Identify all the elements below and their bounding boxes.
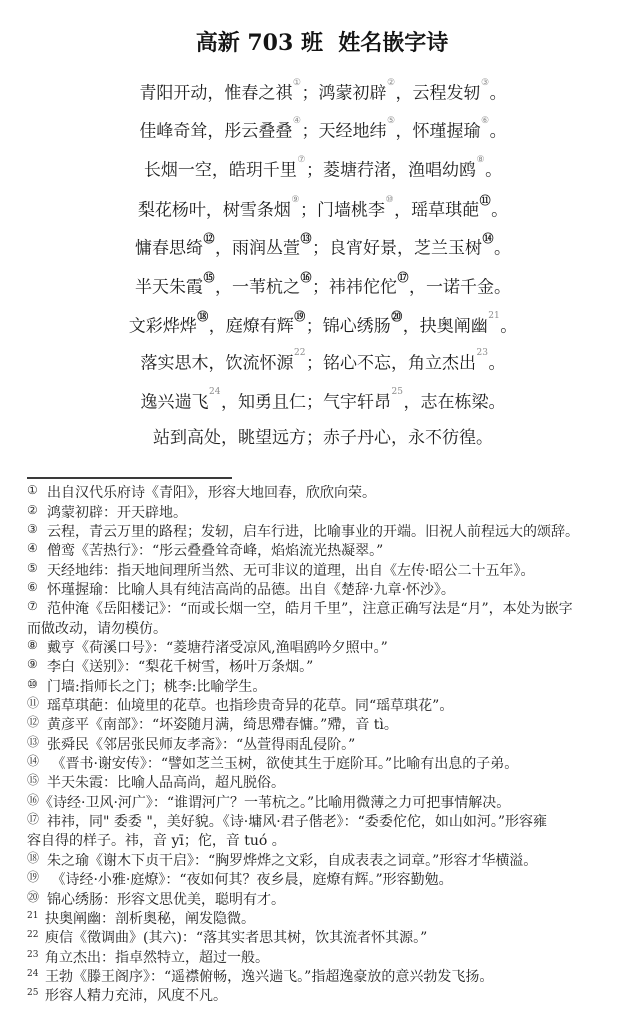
footnote-separator [27, 477, 232, 479]
footnote: 23角立杰出：指卓然特立，超过一般。 [27, 949, 627, 968]
footnote-text: 天经地纬：指天地间理所当然、无可非议的道理，出自《左传·昭公二十五年》。 [47, 563, 534, 579]
footnote-ref: ⑰ [398, 271, 409, 284]
footnote-text: 范仲淹《岳阳楼记》：“而或长烟一空，皓月千里”，注意正确写法是“月”，本处为嵌字 [47, 601, 573, 617]
footnote-marker: ⑨ [27, 655, 47, 674]
footnote-text: 锦心绣肠：形容文思优美，聪明有才。 [47, 892, 285, 908]
poem-text: 佳峰奇耸，彤云叠叠 [139, 122, 292, 142]
footnote: 21抉奥阐幽：剖析奥秘，阐发隐微。 [27, 910, 627, 929]
poem-text: ，瑶草琪葩 [394, 200, 479, 220]
footnote-ref: ⑤ [387, 116, 395, 126]
footnote-ref: ⑮ [204, 271, 215, 284]
poem-text: ，云程发轫 [396, 83, 481, 103]
footnote-text: 僧鸾《苦热行》：“彤云叠叠耸奇峰，焰焰流光热凝翠。” [47, 543, 383, 559]
poem-line: 站到高处，眺望远方；赤子丹心，永不彷徨。 [0, 419, 640, 458]
footnote: ①出自汉代乐府诗《青阳》，形容大地回春，欣欣向荣。 [27, 484, 627, 503]
footnote-text: 抉奥阐幽：剖析奥秘，阐发隐微。 [45, 911, 255, 927]
footnote-marker: ① [27, 481, 47, 500]
poem-text: ；菱塘荇渚，渔唱幼鸥 [306, 161, 476, 181]
footnote-marker: ⑰ [27, 810, 47, 829]
footnote-ref: ⑥ [481, 116, 489, 126]
footnote-text: 李白《送别》：“梨花千树雪，杨叶万条烟。” [47, 659, 313, 675]
footnote-marker: ⑱ [27, 849, 47, 868]
footnote-text: 黄彦平《南部》：“坏姿随月满，绮思殢春慵。”殢，音 tì。 [47, 717, 398, 733]
poem-text: ，雨润丛萱 [215, 239, 300, 259]
footnote-ref: ⑨ [291, 195, 299, 205]
footnote-marker: ⑭ [27, 752, 47, 771]
poem-text: 半天朱霞 [135, 278, 203, 298]
footnotes: ①出自汉代乐府诗《青阳》，形容大地回春，欣欣向荣。 ②鸿蒙初辟：开天辟地。 ③云… [27, 484, 627, 1006]
footnote-marker: ⑥ [27, 578, 47, 597]
footnote-text: 王勃《滕王阁序》：“遥襟俯畅，逸兴遄飞。”指超逸豪放的意兴勃发飞扬。 [45, 969, 493, 985]
footnote-ref: ① [293, 78, 301, 88]
footnote-ref: ③ [481, 78, 489, 88]
poem-text: 梨花杨叶，树雪条烟 [138, 200, 291, 220]
footnote-marker: ⑦ [27, 597, 47, 616]
footnote-marker: ⑪ [27, 694, 47, 713]
footnote: ⑤天经地纬：指天地间理所当然、无可非议的道理，出自《左传·昭公二十五年》。 [27, 562, 627, 581]
footnote: ⑥怀瑾握瑜：比喻人具有纯洁高尚的品德。出自《楚辞·九章·怀沙》。 [27, 581, 627, 600]
footnote-continuation: 而做改动，请勿模仿。 [27, 620, 627, 639]
footnote-text: 戴亨《荷溪口号》：“菱塘荇渚受凉风,渔唱鸥吟夕照中。” [47, 640, 388, 656]
poem-line: 半天朱霞⑮，一苇杭之⑯；祎祎佗佗⑰，一诺千金。 [0, 264, 640, 303]
poem-text: ；天经地纬 [301, 122, 386, 142]
poem-text: ，一苇杭之 [215, 278, 300, 298]
poem-line: 落实思木，饮流怀源22；铭心不忘，角立杰出23。 [0, 341, 640, 380]
footnote-marker: ⑳ [27, 888, 47, 907]
footnote: ③云程，青云万里的路程；发轫，启车行进，比喻事业的开端。旧祝人前程远大的颂辞。 [27, 523, 627, 542]
footnote: ⑨李白《送别》：“梨花千树雪，杨叶万条烟。” [27, 658, 627, 677]
poem-text: 文彩烨烨 [129, 316, 197, 336]
footnote-ref: 25 [392, 387, 403, 397]
poem-text: ；锦心绣肠 [306, 316, 391, 336]
footnote: ⑳锦心绣肠：形容文思优美，聪明有才。 [27, 891, 627, 910]
poem-text: 。 [488, 354, 505, 374]
footnote-ref: ⑯ [301, 271, 312, 284]
footnote: ⑬张舜民《邻居张民师友孝斋》：“丛萱得雨乱侵阶。” [27, 736, 627, 755]
footnote-text: 云程，青云万里的路程；发轫，启车行进，比喻事业的开端。旧祝人前程远大的颂辞。 [47, 524, 579, 540]
poem-text: 。 [485, 161, 502, 181]
footnote-marker: ⑲ [27, 868, 47, 887]
footnote-text: 容自得的样子。祎，音 yī；佗，音 tuó 。 [27, 833, 286, 849]
footnote-text: 庾信《徵调曲》(其六)：“落其实者思其树，饮其流者怀其源。” [45, 930, 427, 946]
footnote-ref: ⑦ [297, 155, 305, 165]
footnote: ⑦范仲淹《岳阳楼记》：“而或长烟一空，皓月千里”，注意正确写法是“月”，本处为嵌… [27, 600, 627, 619]
footnote-marker: 23 [27, 946, 45, 965]
poem-text: ；鸿蒙初辟 [301, 83, 386, 103]
poem-text: ，志在栋梁。 [403, 393, 505, 413]
footnote-marker: ⑤ [27, 559, 47, 578]
footnote: ⑧戴亨《荷溪口号》：“菱塘荇渚受凉风,渔唱鸥吟夕照中。” [27, 639, 627, 658]
footnote: ②鸿蒙初辟：开天辟地。 [27, 504, 627, 523]
footnote-marker: ④ [27, 539, 47, 558]
poem-line: 梨花杨叶，树雪条烟⑨；门墙桃李⑩，瑶草琪葩⑪。 [0, 187, 640, 226]
footnote-marker: ⑧ [27, 636, 47, 655]
footnote-marker: ③ [27, 520, 47, 539]
footnote: ⑮半天朱霞：比喻人品高尚，超凡脱俗。 [27, 774, 627, 793]
footnote-marker: ⑩ [27, 675, 47, 694]
footnote: ⑯《诗经·卫风·河广》：“谁谓河广？一苇杭之。”比喻用微薄之力可把事情解决。 [27, 794, 627, 813]
footnote: ⑩门墙:指师长之门；桃李:比喻学生。 [27, 678, 627, 697]
footnote-marker: ⑬ [27, 733, 47, 752]
footnote-marker: 24 [27, 965, 45, 984]
poem-line: 长烟一空，皓玥千里⑦；菱塘荇渚，渔唱幼鸥⑧。 [0, 148, 640, 187]
poem-text: 。 [500, 316, 517, 336]
poem-text: ，抉奥阐幽 [403, 316, 488, 336]
footnote-ref: ⑩ [386, 195, 394, 205]
footnote-text: 半天朱霞：比喻人品高尚，超凡脱俗。 [47, 775, 285, 791]
poem-text: ；门墙桃李 [300, 200, 385, 220]
footnote-marker: 22 [27, 926, 45, 945]
footnote-marker: 25 [27, 984, 45, 1003]
footnote: ⑲ 《诗经·小雅·庭燎》：“夜如何其？夜乡晨，庭燎有辉。”形容勤勉。 [27, 871, 627, 890]
footnote-ref: ② [387, 78, 395, 88]
footnote-marker: ⑫ [27, 713, 47, 732]
poem-text: 长烟一空，皓玥千里 [144, 161, 297, 181]
page-title: 高新 703 班 姓名嵌字诗 [0, 28, 640, 58]
footnote-ref: ⑲ [294, 310, 305, 323]
footnote-text: 《晋书·谢安传》：“譬如芝兰玉树，欲使其生于庭阶耳。”比喻有出息的子弟。 [47, 756, 518, 772]
document-page: 高新 703 班 姓名嵌字诗 青阳开动，惟春之祺①；鸿蒙初辟②，云程发轫③。 佳… [0, 0, 640, 1015]
footnote-ref: ⑧ [477, 155, 485, 165]
footnote-text: 出自汉代乐府诗《青阳》，形容大地回春，欣欣向荣。 [47, 485, 376, 501]
poem-text: ；良宵好景，芝兰玉树 [312, 239, 482, 259]
footnote-text: 瑶草琪葩：仙境里的花草。也指珍贵奇异的花草。同“瑶草琪花”。 [47, 698, 453, 714]
footnote-marker: ⑯ [27, 791, 39, 810]
footnote-text: 朱之瑜《谢木下贞干启》：“胸罗烨烨之文彩，自成表表之词章。”形容才华横溢。 [47, 853, 537, 869]
poem-text: ，一诺千金。 [409, 278, 511, 298]
poem-line: 青阳开动，惟春之祺①；鸿蒙初辟②，云程发轫③。 [0, 71, 640, 110]
poem-text: 落实思木，饮流怀源 [141, 354, 294, 374]
footnote-ref: ⑫ [204, 232, 215, 245]
footnote-ref: ⑪ [480, 194, 491, 207]
poem-line: 文彩烨烨⑱，庭燎有辉⑲；锦心绣肠⑳，抉奥阐幽21。 [0, 303, 640, 342]
footnote: 24王勃《滕王阁序》：“遥襟俯畅，逸兴遄飞。”指超逸豪放的意兴勃发飞扬。 [27, 968, 627, 987]
footnote-marker: ② [27, 501, 47, 520]
poem-text: 。 [491, 200, 508, 220]
poem-line: 慵春思绮⑫，雨润丛萱⑬；良宵好景，芝兰玉树⑭。 [0, 225, 640, 264]
poem-line: 佳峰奇耸，彤云叠叠④；天经地纬⑤，怀瑾握瑜⑥。 [0, 109, 640, 148]
footnote-text: 祎祎，同" 委委 "，美好貌。《诗·墉风·君子偕老》：“委委佗佗，如山如河。”形… [47, 814, 547, 830]
footnote-ref: ⑳ [391, 310, 402, 323]
footnote-ref: 23 [477, 348, 488, 358]
footnote-ref: ⑱ [197, 310, 208, 323]
poem-text: 。 [490, 122, 507, 142]
poem-text: 站到高处，眺望远方；赤子丹心，永不彷徨。 [153, 428, 493, 448]
footnote-ref: 21 [488, 311, 499, 321]
footnote: ⑱朱之瑜《谢木下贞干启》：“胸罗烨烨之文彩，自成表表之词章。”形容才华横溢。 [27, 852, 627, 871]
poem-text: ；铭心不忘，角立杰出 [306, 354, 476, 374]
footnote: ⑰祎祎，同" 委委 "，美好貌。《诗·墉风·君子偕老》：“委委佗佗，如山如河。”… [27, 813, 627, 832]
footnote-text: 角立杰出：指卓然特立，超过一般。 [45, 950, 269, 966]
footnote-ref: 22 [294, 348, 305, 358]
footnote-text: 而做改动，请勿模仿。 [27, 621, 167, 637]
footnote: ⑪瑶草琪葩：仙境里的花草。也指珍贵奇异的花草。同“瑶草琪花”。 [27, 697, 627, 716]
poem-text: ，怀瑾握瑜 [396, 122, 481, 142]
footnote-text: 鸿蒙初辟：开天辟地。 [47, 505, 187, 521]
poem-line: 逸兴遄飞24，知勇且仁；气宇轩昂25，志在栋梁。 [0, 380, 640, 419]
footnote-text: 怀瑾握瑜：比喻人具有纯洁高尚的品德。出自《楚辞·九章·怀沙》。 [47, 582, 455, 598]
footnote-marker: 21 [27, 907, 45, 926]
poem-text: ，知勇且仁；气宇轩昂 [221, 393, 391, 413]
footnote-text: 门墙:指师长之门；桃李:比喻学生。 [47, 679, 266, 695]
poem: 青阳开动，惟春之祺①；鸿蒙初辟②，云程发轫③。 佳峰奇耸，彤云叠叠④；天经地纬⑤… [0, 71, 640, 458]
footnote: ⑫黄彦平《南部》：“坏姿随月满，绮思殢春慵。”殢，音 tì。 [27, 716, 627, 735]
poem-text: 。 [490, 83, 507, 103]
footnote: 25形容人精力充沛，风度不凡。 [27, 987, 627, 1006]
footnote-marker: ⑮ [27, 771, 47, 790]
footnote: ④僧鸾《苦热行》：“彤云叠叠耸奇峰，焰焰流光热凝翠。” [27, 542, 627, 561]
footnote-ref: 24 [209, 387, 220, 397]
footnote-continuation: 容自得的样子。祎，音 yī；佗，音 tuó 。 [27, 832, 627, 851]
footnote-text: 《诗经·卫风·河广》：“谁谓河广？一苇杭之。”比喻用微薄之力可把事情解决。 [39, 795, 510, 811]
poem-text: ；祎祎佗佗 [312, 278, 397, 298]
footnote-text: 张舜民《邻居张民师友孝斋》：“丛萱得雨乱侵阶。” [47, 737, 355, 753]
footnote-text: 《诗经·小雅·庭燎》：“夜如何其？夜乡晨，庭燎有辉。”形容勤勉。 [47, 872, 453, 888]
footnote-ref: ④ [293, 116, 301, 126]
poem-text: 。 [494, 239, 511, 259]
poem-text: 慵春思绮 [135, 239, 203, 259]
poem-text: 逸兴遄飞 [141, 393, 209, 413]
footnote: 22庾信《徵调曲》(其六)：“落其实者思其树，饮其流者怀其源。” [27, 929, 627, 948]
footnote-ref: ⑭ [483, 232, 494, 245]
poem-text: ，庭燎有辉 [209, 316, 294, 336]
footnote-text: 形容人精力充沛，风度不凡。 [45, 988, 227, 1004]
footnote-ref: ⑬ [301, 232, 312, 245]
poem-text: 青阳开动，惟春之祺 [139, 83, 292, 103]
footnote: ⑭ 《晋书·谢安传》：“譬如芝兰玉树，欲使其生于庭阶耳。”比喻有出息的子弟。 [27, 755, 627, 774]
